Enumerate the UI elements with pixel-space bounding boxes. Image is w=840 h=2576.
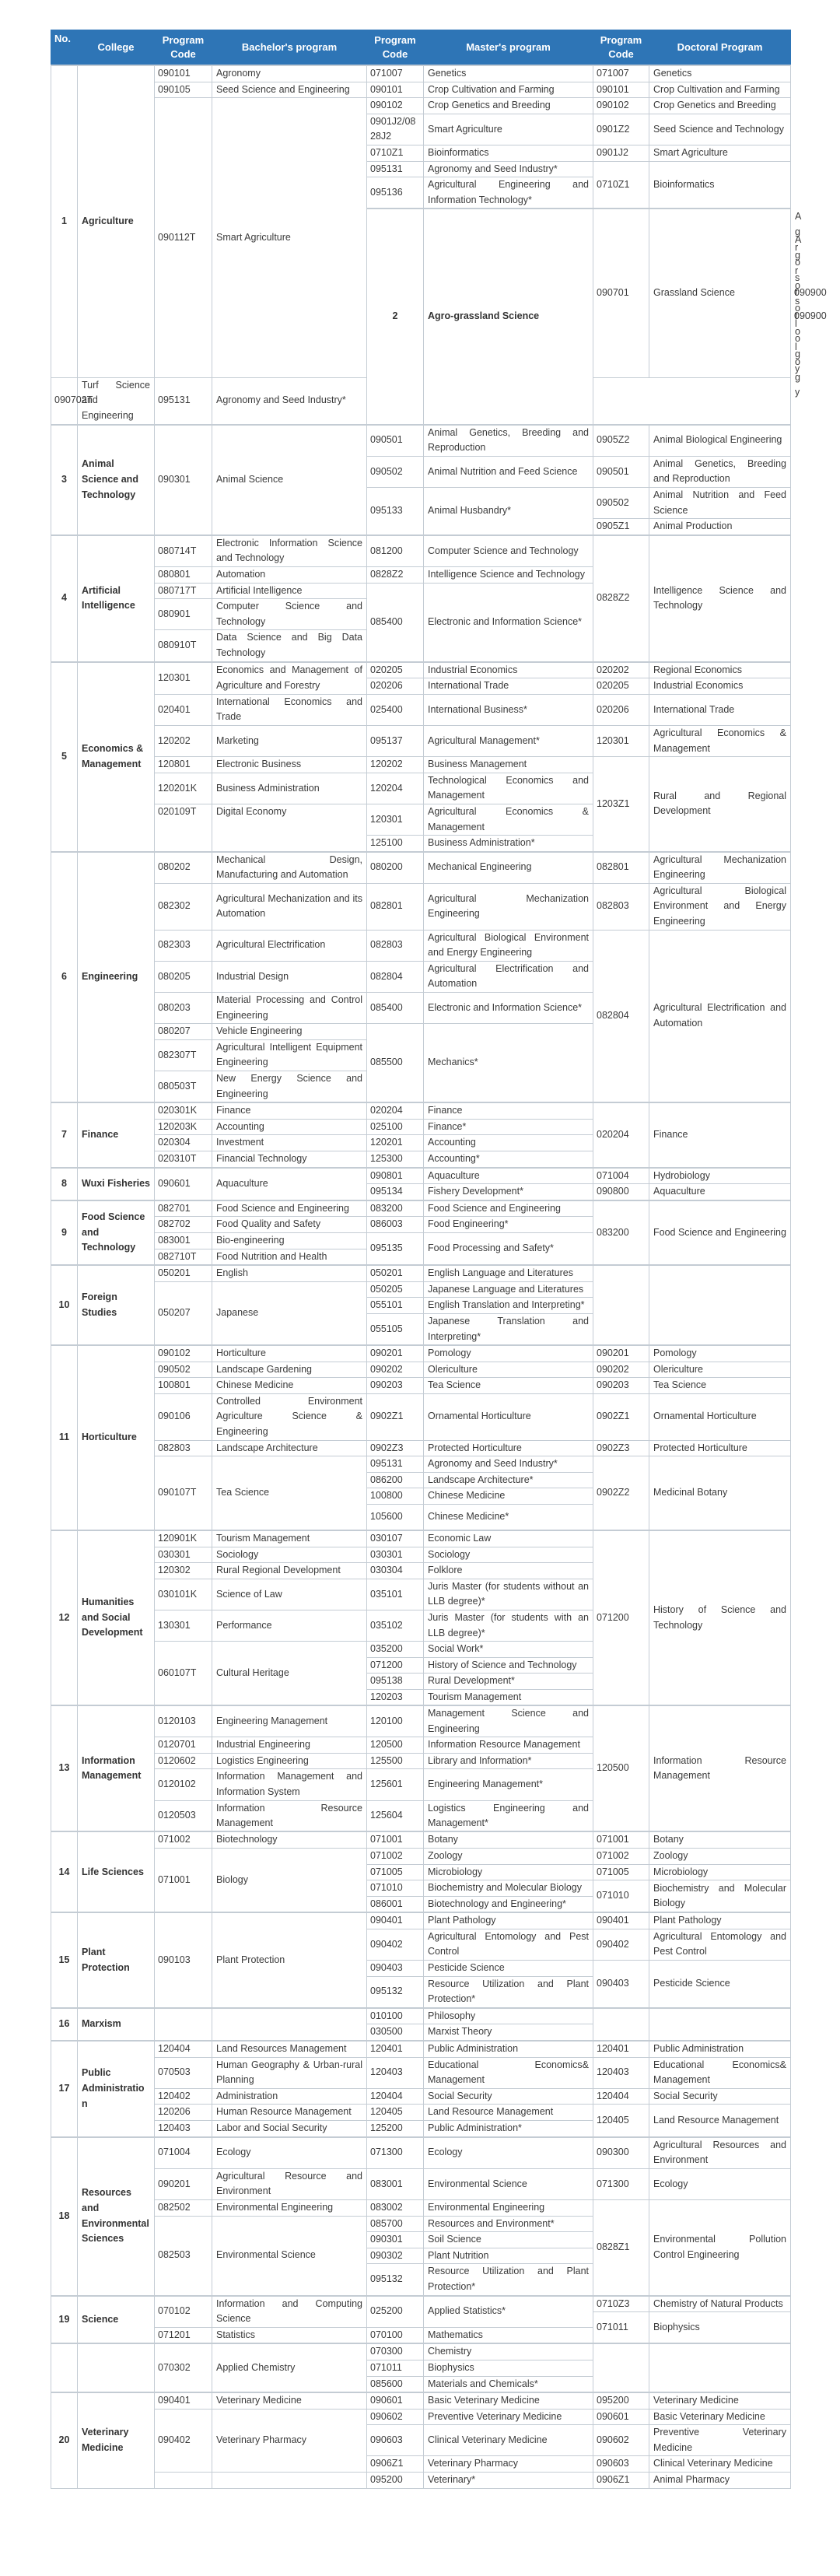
program-code: 080205 [155, 961, 212, 992]
program-code: 090603 [367, 2425, 424, 2456]
college-name: Economics & Management [78, 662, 155, 852]
program-code: 030101K [155, 1579, 212, 1610]
program-code: 071002 [367, 1848, 424, 1864]
program-code: 090701 [593, 209, 649, 377]
program-name: History of Science and Technology [424, 1657, 593, 1674]
college-number: 10 [51, 1265, 78, 1345]
program-name: Labor and Social Security [212, 2121, 367, 2137]
program-code: 090801 [367, 1168, 424, 1184]
header-no: No. [51, 30, 78, 66]
program-name: Animal Production [649, 519, 791, 535]
program-code: 070100 [367, 2327, 424, 2343]
program-name: Agronomy and Seed Industry* [424, 1456, 593, 1473]
college-number: 14 [51, 1831, 78, 1912]
program-code: 090106 [155, 1393, 212, 1440]
table-body: 1Agriculture090101Agronomy071007Genetics… [51, 65, 791, 2488]
program-code: 071004 [155, 2137, 212, 2169]
college-name: Horticulture [78, 1345, 155, 1530]
program-name: Chemistry of Natural Products [649, 2296, 791, 2312]
program-name: Biophysics [424, 2360, 593, 2376]
program-code: 125500 [367, 1753, 424, 1769]
program-code: 071005 [367, 1864, 424, 1880]
table-row: 020401International Economics and Trade0… [51, 694, 791, 725]
program-name: Accounting* [424, 1151, 593, 1167]
college-name: Artificial Intelligence [78, 535, 155, 662]
program-code: 120201K [155, 773, 212, 804]
table-row: 090402Veterinary Pharmacy090602Preventiv… [51, 2409, 791, 2425]
program-name: Agricultural Electrification and Automat… [424, 961, 593, 992]
program-code: 090403 [593, 1961, 649, 2008]
program-code: 0710Z1 [593, 161, 649, 209]
program-name: Food Science and Engineering [649, 1200, 791, 1265]
program-code: 120405 [593, 2105, 649, 2137]
program-name: Pomology [649, 1345, 791, 1362]
program-code: 090601 [593, 2409, 649, 2425]
program-name: Business Management [424, 757, 593, 773]
table-row: 17Public Administration120404Land Resour… [51, 2041, 791, 2057]
program-code: 105600 [367, 1505, 424, 1531]
college-number: 17 [51, 2041, 78, 2137]
program-name [212, 2473, 367, 2489]
program-name: New Energy Science and Engineering [212, 1071, 367, 1103]
college-number: 20 [51, 2392, 78, 2488]
program-name: Finance [424, 1102, 593, 1119]
program-code: 035200 [367, 1642, 424, 1658]
program-name: Land Resource Management [649, 2105, 791, 2137]
program-code: 090101 [155, 65, 212, 82]
program-code: 090601 [155, 1168, 212, 1200]
program-code: 0902Z2 [593, 1456, 649, 1530]
program-name: Olericulture [424, 1362, 593, 1378]
program-name: Industrial Economics [424, 662, 593, 678]
program-name: Agricultural Management* [424, 725, 593, 756]
table-row: 3Animal Science and Technology090301Anim… [51, 425, 791, 457]
program-name: International Trade [649, 694, 791, 725]
table-row: 082502Environmental Engineering083002Env… [51, 2199, 791, 2216]
college-name: Humanities and Social Development [78, 1530, 155, 1705]
program-code: 100800 [367, 1488, 424, 1505]
program-code: 085400 [367, 583, 424, 661]
program-code: 095200 [593, 2392, 649, 2409]
program-code: 0828Z1 [593, 2199, 649, 2295]
program-code: 082804 [367, 961, 424, 992]
program-name: Public Administration* [424, 2121, 593, 2137]
program-code: 025200 [367, 2296, 424, 2328]
program-name: Mechanical Engineering [424, 852, 593, 884]
college-number: 2 [367, 209, 424, 424]
program-code: 120500 [593, 1705, 649, 1831]
program-name: Animal Genetics, Breeding and Reproducti… [649, 456, 791, 487]
table-row: 11Horticulture090102Horticulture090201Po… [51, 1345, 791, 1362]
program-name: Electronic Business [212, 757, 367, 773]
program-name: Animal Nutrition and Feed Science [649, 488, 791, 519]
program-name: Management Science and Engineering [424, 1705, 593, 1737]
program-name: History of Science and Technology [649, 1530, 791, 1705]
program-name: Financial Technology [212, 1151, 367, 1167]
college-number: 5 [51, 662, 78, 852]
program-name: Sociology [424, 1547, 593, 1563]
program-name: Aquaculture [424, 1168, 593, 1184]
college-number: 12 [51, 1530, 78, 1705]
program-name: Agricultural Electrification [212, 930, 367, 961]
program-name: English Translation and Interpreting* [424, 1298, 593, 1314]
program-name: Accounting [212, 1119, 367, 1135]
program-name: Engineering Management* [424, 1769, 593, 1800]
table-row: 070503Human Geography & Urban-rural Plan… [51, 2057, 791, 2088]
program-code: 0710Z1 [367, 145, 424, 161]
program-code: 030107 [367, 1530, 424, 1547]
program-name: Mechanical Design, Manufacturing and Aut… [212, 852, 367, 884]
program-name: Engineering Management [212, 1705, 367, 1737]
program-name: Basic Veterinary Medicine [649, 2409, 791, 2425]
program-code: 082307T [155, 1039, 212, 1071]
program-name: Folklore [424, 1563, 593, 1579]
program-name: Soil Science [424, 2232, 593, 2248]
program-code: 095131 [367, 1456, 424, 1473]
program-code: 071001 [155, 1848, 212, 1912]
program-name: Agricultural Mechanization Engineering [424, 883, 593, 930]
program-code: 020206 [593, 694, 649, 725]
header-bachelor-program: Bachelor's program [212, 30, 367, 66]
program-name: Logistics Engineering [212, 1753, 367, 1769]
program-name: Ecology [649, 2168, 791, 2199]
program-code: 120201 [367, 1135, 424, 1151]
program-code: 082803 [367, 930, 424, 961]
program-code: 030500 [367, 2024, 424, 2041]
college-name: Animal Science and Technology [78, 425, 155, 535]
program-name: Bioinformatics [424, 145, 593, 161]
program-code: 082701 [155, 1200, 212, 1217]
program-name: Protected Horticulture [649, 1440, 791, 1456]
program-code: 120401 [367, 2041, 424, 2057]
program-name: Science of Law [212, 1579, 367, 1610]
program-code: 090202 [593, 1362, 649, 1378]
program-name: International Business* [424, 694, 593, 725]
program-name: Aquaculture [649, 1184, 791, 1200]
program-name: Computer Science and Technology [212, 599, 367, 630]
program-code: 090702T [51, 377, 78, 424]
program-name: Land Resources Management [212, 2041, 367, 2057]
program-code: 090402 [367, 1929, 424, 1960]
program-code: 095136 [367, 177, 424, 209]
program-name: Artificial Intelligence [212, 583, 367, 599]
program-name: Genetics [649, 65, 791, 82]
program-name: Juris Master (for students with an LLB d… [424, 1610, 593, 1642]
table-row: 10Foreign Studies050201English050201Engl… [51, 1265, 791, 1281]
table-row: 090502Landscape Gardening090202Olericult… [51, 1362, 791, 1378]
table-row: 090106Controlled Environment Agriculture… [51, 1393, 791, 1440]
table-row: 19Science070102Information and Computing… [51, 2296, 791, 2312]
program-name: Information Resource Management [212, 1800, 367, 1831]
program-code: 082803 [155, 1440, 212, 1456]
program-name: Administration [212, 2088, 367, 2105]
program-name: Veterinary* [424, 2473, 593, 2489]
program-code: 035102 [367, 1610, 424, 1642]
program-code: 020206 [367, 678, 424, 695]
college-number: 13 [51, 1705, 78, 1831]
program-name: Food Processing and Safety* [424, 1232, 593, 1265]
program-name: Plant Protection [212, 1912, 367, 2008]
program-code: 083001 [155, 1232, 212, 1249]
program-code: 020205 [367, 662, 424, 678]
program-name: Agricultural Economics & Management [424, 804, 593, 835]
table-row: 071001Biology071002Zoology071002Zoology [51, 1848, 791, 1864]
program-code [593, 2343, 649, 2392]
program-code: 086200 [367, 1472, 424, 1488]
program-name: Information Resource Management [649, 1705, 791, 1831]
program-name: Agricultural Resource and Environment [212, 2168, 367, 2199]
program-name: Human Geography & Urban-rural Planning [212, 2057, 367, 2088]
program-code: 120206 [155, 2105, 212, 2121]
program-code: 080801 [155, 567, 212, 584]
program-name: Agricultural Biological Environment and … [424, 930, 593, 961]
table-row: 14Life Sciences071002Biotechnology071001… [51, 1831, 791, 1848]
program-code: 090402 [155, 2409, 212, 2472]
program-code: 080503T [155, 1071, 212, 1103]
program-code: 071010 [367, 1880, 424, 1897]
program-name: Electronic and Information Science* [424, 583, 593, 661]
program-name: Cultural Heritage [212, 1642, 367, 1705]
college-name: Plant Protection [78, 1912, 155, 2008]
program-name [212, 2008, 367, 2041]
program-name: Finance [649, 1102, 791, 1167]
program-code: 070503 [155, 2057, 212, 2088]
program-name: Economic Law [424, 1530, 593, 1547]
program-name: Tourism Management [424, 1689, 593, 1705]
program-code: 080200 [367, 852, 424, 884]
program-code: 0120102 [155, 1769, 212, 1800]
college-number [51, 2343, 78, 2392]
program-code: 120100 [367, 1705, 424, 1737]
table-row: 120801Electronic Business120202Business … [51, 757, 791, 773]
program-name: Seed Science and Engineering [212, 82, 367, 98]
program-code: 120202 [367, 757, 424, 773]
program-code: 050201 [367, 1265, 424, 1281]
college-number: 9 [51, 1200, 78, 1265]
program-name: Resource Utilization and Plant Protectio… [424, 1976, 593, 2008]
table-row: 5Economics & Management120301Economics a… [51, 662, 791, 678]
program-name: Veterinary Medicine [649, 2392, 791, 2409]
program-name: Pomology [424, 1345, 593, 1362]
program-name: Computer Science and Technology [424, 535, 593, 567]
program-name: Sociology [212, 1547, 367, 1563]
college-number: 6 [51, 852, 78, 1103]
program-code: 071200 [593, 1530, 649, 1705]
table-row: 082303Agricultural Electrification082803… [51, 930, 791, 961]
program-name: Juris Master (for students without an LL… [424, 1579, 593, 1610]
table-row: 12Humanities and Social Development12090… [51, 1530, 791, 1547]
program-code: 1203Z1 [593, 757, 649, 852]
program-code: 030301 [367, 1547, 424, 1563]
program-code: 020310T [155, 1151, 212, 1167]
program-code: 090502 [367, 456, 424, 487]
program-name: Economics and Management of Agriculture … [212, 662, 367, 695]
program-code: 071010 [593, 1880, 649, 1913]
program-code: 090601 [367, 2392, 424, 2409]
table-row: 120202Marketing095137Agricultural Manage… [51, 725, 791, 756]
program-code: 125100 [367, 836, 424, 852]
header-doctoral-program: Doctoral Program [649, 30, 791, 66]
program-code: 071300 [593, 2168, 649, 2199]
program-code [155, 2473, 212, 2489]
program-name: Land Resource Management [424, 2105, 593, 2121]
table-row: 20Veterinary Medicine090401Veterinary Me… [51, 2392, 791, 2409]
program-name: Food Science and Engineering [424, 1200, 593, 1217]
program-name: Food Engineering* [424, 1217, 593, 1233]
program-code: 095200 [367, 2473, 424, 2489]
program-name: Industrial Design [212, 961, 367, 992]
program-name: Logistics Engineering and Management* [424, 1800, 593, 1831]
program-code: 050205 [367, 1281, 424, 1298]
program-code: 120302 [155, 1563, 212, 1579]
program-code: 100801 [155, 1378, 212, 1394]
program-code: 090403 [367, 1961, 424, 1977]
program-name: Veterinary Medicine [212, 2392, 367, 2409]
program-name: Horticulture [212, 1345, 367, 1362]
program-code: 120404 [155, 2041, 212, 2057]
table-row: 090105Seed Science and Engineering090101… [51, 82, 791, 98]
program-name: Biophysics [649, 2312, 791, 2344]
program-code: 050201 [155, 1265, 212, 1281]
program-code: 090602 [367, 2409, 424, 2425]
program-code: 120404 [367, 2088, 424, 2105]
program-name: Information Resource Management [424, 1737, 593, 1754]
program-name: Automation [212, 567, 367, 584]
program-name: Clinical Veterinary Medicine [649, 2456, 791, 2473]
table-row: 090107TTea Science095131Agronomy and See… [51, 1456, 791, 1473]
program-name: Landscape Gardening [212, 1362, 367, 1378]
program-name: Agronomy and Seed Industry* [424, 161, 593, 177]
program-name: Animal Genetics, Breeding and Reproducti… [424, 425, 593, 457]
program-code: 120301 [155, 662, 212, 695]
program-name: Plant Pathology [424, 1912, 593, 1929]
header-college: College [78, 30, 155, 66]
program-name: Social Security [649, 2088, 791, 2105]
program-code: 120801 [155, 757, 212, 773]
program-code: 030304 [367, 1563, 424, 1579]
program-code: 0902Z3 [367, 1440, 424, 1456]
program-name: Veterinary Pharmacy [424, 2456, 593, 2473]
table-row: 120402Administration120404Social Securit… [51, 2088, 791, 2105]
program-code: 090401 [593, 1912, 649, 1929]
program-code [593, 2008, 649, 2041]
program-code: 095138 [367, 1674, 424, 1690]
program-code: 090401 [155, 2392, 212, 2409]
program-code: 095137 [367, 725, 424, 756]
table-row: 9Food Science and Technology082701Food S… [51, 1200, 791, 1217]
program-code: 0902Z1 [593, 1393, 649, 1440]
program-name: Agricultural Resources and Environment [649, 2137, 791, 2169]
program-name: Zoology [649, 1848, 791, 1864]
program-code: 095135 [367, 1232, 424, 1265]
program-name: Biotechnology and Engineering* [424, 1896, 593, 1912]
program-code: 0120701 [155, 1737, 212, 1754]
program-name: Regional Economics [649, 662, 791, 678]
program-code: 071004 [593, 1168, 649, 1184]
program-code [155, 2008, 212, 2041]
program-code: 090103 [155, 1912, 212, 2008]
program-code: 071002 [593, 1848, 649, 1864]
program-name: English Language and Literatures [424, 1265, 593, 1281]
program-name: Public Administration [424, 2041, 593, 2057]
program-code: 095131 [155, 377, 212, 424]
program-code: 080207 [155, 1024, 212, 1040]
program-table-container: No. College Program Code Bachelor's prog… [51, 30, 790, 2489]
program-code: 080202 [155, 852, 212, 884]
program-code: 090202 [367, 1362, 424, 1378]
program-code: 086003 [367, 1217, 424, 1233]
program-name: Agricultural Engineering and Information… [424, 177, 593, 209]
program-name: Basic Veterinary Medicine [424, 2392, 593, 2409]
program-name: Educational Economics& Management [649, 2057, 791, 2088]
program-code: 095133 [367, 488, 424, 535]
program-code: 020202 [593, 662, 649, 678]
program-code: 090203 [367, 1378, 424, 1394]
program-name: Aquaculture [212, 1168, 367, 1200]
program-code: 0901Z2 [593, 114, 649, 145]
program-code: 071007 [367, 65, 424, 82]
program-code: 090602 [593, 2425, 649, 2456]
program-code: 020401 [155, 694, 212, 725]
table-row: 070302Applied Chemistry070300Chemistry [51, 2343, 791, 2360]
college-name: Veterinary Medicine [78, 2392, 155, 2488]
program-name: Philosophy [424, 2008, 593, 2024]
table-row: 082803Landscape Architecture0902Z3Protec… [51, 1440, 791, 1456]
program-name: Crop Genetics and Breeding [424, 98, 593, 114]
program-code: 070302 [155, 2343, 212, 2392]
program-name: Finance* [424, 1119, 593, 1135]
program-code: 020205 [593, 678, 649, 695]
program-code: 020301K [155, 1102, 212, 1119]
program-code: 090402 [593, 1929, 649, 1960]
program-code: 120401 [593, 2041, 649, 2057]
program-code: 071007 [593, 65, 649, 82]
program-name: Botany [424, 1831, 593, 1848]
college-number: 4 [51, 535, 78, 662]
program-code: 0828Z2 [367, 567, 424, 584]
program-code: 125200 [367, 2121, 424, 2137]
program-name: Bioinformatics [649, 161, 791, 209]
program-name: Agricultural Intelligent Equipment Engin… [212, 1039, 367, 1071]
program-name: Social Work* [424, 1642, 593, 1658]
college-name: Foreign Studies [78, 1265, 155, 1345]
program-name: Applied Chemistry [212, 2343, 367, 2392]
program-name: Hydrobiology [649, 1168, 791, 1184]
program-code: 083001 [367, 2168, 424, 2199]
program-code: 090203 [593, 1378, 649, 1394]
program-name: English [212, 1265, 367, 1281]
program-code: 080203 [155, 993, 212, 1024]
college-name: Resources and Environmental Sciences [78, 2137, 155, 2296]
program-code: 0902Z3 [593, 1440, 649, 1456]
table-row: 120206Human Resource Management120405Lan… [51, 2105, 791, 2121]
program-name: Environmental Science [424, 2168, 593, 2199]
program-name: Human Resource Management [212, 2105, 367, 2121]
college-name: Information Management [78, 1705, 155, 1831]
program-name: Agricultural Economics & Management [649, 725, 791, 756]
program-name: Biochemistry and Molecular Biology [649, 1880, 791, 1913]
program-name: Investment [212, 1135, 367, 1151]
program-code: 0902Z1 [367, 1393, 424, 1440]
program-name: Tea Science [424, 1378, 593, 1394]
table-row: 13Information Management0120103Engineeri… [51, 1705, 791, 1737]
program-code: 090502 [155, 1362, 212, 1378]
program-name: Fishery Development* [424, 1184, 593, 1200]
program-name: Finance [212, 1102, 367, 1119]
program-code: 120405 [367, 2105, 424, 2121]
program-name: Microbiology [649, 1864, 791, 1880]
program-name: Landscape Architecture* [424, 1472, 593, 1488]
